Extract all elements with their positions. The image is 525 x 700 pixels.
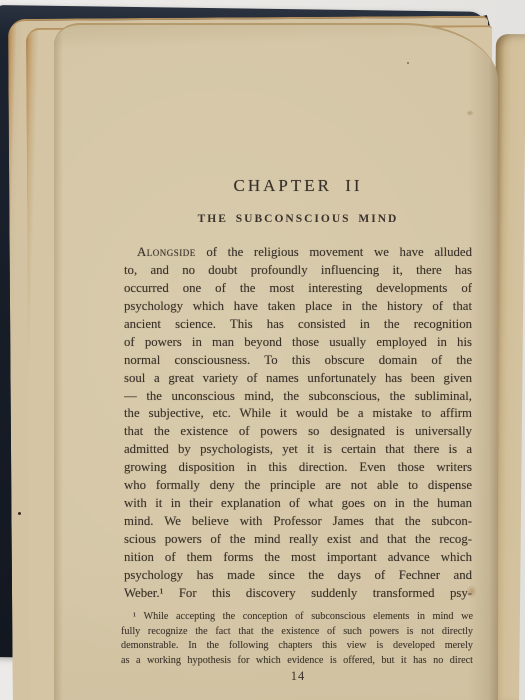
text-line: normal consciousness. To this obscure do… xyxy=(124,352,472,370)
text-line: nition of them forms the most important … xyxy=(124,549,472,567)
text-line: ¹ While accepting the conception of subc… xyxy=(121,610,473,625)
text-line: — the unconscious mind, the subconscious… xyxy=(124,388,472,406)
text-line: psychology which have taken place in the… xyxy=(124,298,472,316)
text-line: that the existence of powers so designat… xyxy=(124,423,472,441)
text-line: occurred one of the most interesting dev… xyxy=(124,280,472,298)
footnote: ¹ While accepting the conception of subc… xyxy=(121,610,473,668)
text-line: growing disposition in this direction. E… xyxy=(124,459,472,477)
page-speck xyxy=(407,62,409,64)
body-text: Alongside of the religious movement we h… xyxy=(124,244,472,603)
text-line: psychology has made since the days of Fe… xyxy=(124,567,472,585)
text-line: to, and no doubt profoundly influencing … xyxy=(124,262,472,280)
text-line: demonstrable. In the following chapters … xyxy=(121,639,473,654)
page-speck xyxy=(18,512,21,515)
page-stain xyxy=(466,585,477,598)
body-lines: to, and no doubt profoundly influencing … xyxy=(124,262,472,603)
footnote-lines: ¹ While accepting the conception of subc… xyxy=(121,610,473,668)
text-line: as a working hypothesis for which eviden… xyxy=(121,654,473,669)
section-title: THE SUBCONSCIOUS MIND xyxy=(124,213,472,225)
text-line: the subjective, etc. While it would be a… xyxy=(124,405,472,423)
text-line: mind. We believe with Professor James th… xyxy=(124,513,472,531)
text-line: ancient science. This has consisted in t… xyxy=(124,316,472,334)
page-number: 14 xyxy=(124,669,472,684)
text-line: admitted by psychologists, yet it is cer… xyxy=(124,441,472,459)
text-line: Weber.¹ For this discovery suddenly tran… xyxy=(124,585,472,603)
text-line: soul a great variety of names unfortunat… xyxy=(124,370,472,388)
page-stain xyxy=(466,110,474,116)
text-line-first: Alongside of the religious movement we h… xyxy=(124,244,472,262)
book-page: CHAPTER II THE SUBCONSCIOUS MIND Alongsi… xyxy=(54,23,498,700)
text-line: scious powers of the mind really exist a… xyxy=(124,531,472,549)
lead-rest: of the religious movement we have allude… xyxy=(196,245,472,259)
text-line: who formally deny the principle are not … xyxy=(124,477,472,495)
chapter-title: CHAPTER II xyxy=(124,176,472,196)
text-line: fully recognize the fact that the existe… xyxy=(121,625,473,640)
text-line: with it in their explanation of what goe… xyxy=(124,495,472,513)
text-line: of powers in man beyond those usually em… xyxy=(124,334,472,352)
lead-word: Alongside xyxy=(137,245,196,259)
